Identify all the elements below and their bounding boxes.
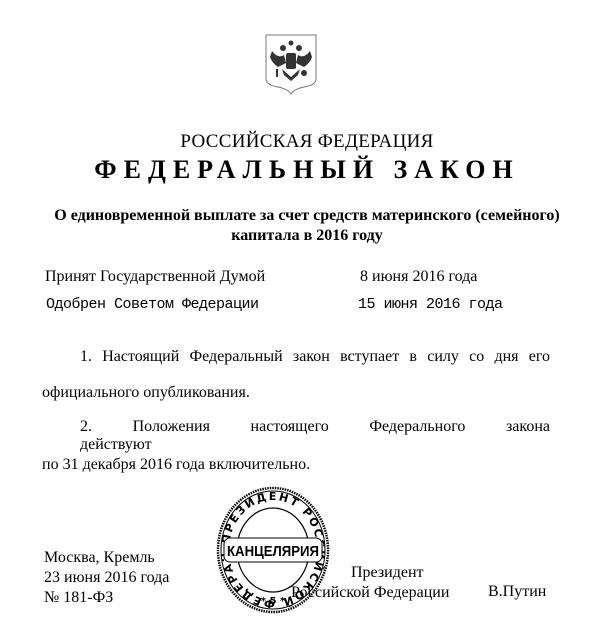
country-heading: РОССИЙСКАЯ ФЕДЕРАЦИЯ bbox=[0, 131, 614, 153]
document-type-title: ФЕДЕРАЛЬНЫЙ ЗАКОН bbox=[0, 155, 614, 185]
signing-place: Москва, Кремль bbox=[44, 548, 169, 568]
adopted-by-duma-label: Принят Государственной Думой bbox=[45, 268, 265, 286]
signing-details: Москва, Кремль 23 июня 2016 года № 181-Ф… bbox=[44, 548, 169, 608]
subject-line-2: капитала в 2016 году bbox=[0, 226, 614, 246]
law-subject: О единовременной выплате за счет средств… bbox=[0, 206, 614, 246]
article-1-line-2: официального опубликования. bbox=[42, 384, 550, 402]
article-2-line-1: 2. Положения настоящего Федерального зак… bbox=[42, 418, 550, 454]
signer-name: В.Путин bbox=[488, 583, 546, 601]
adopted-date: 8 июня 2016 года bbox=[360, 268, 477, 286]
subject-line-1: О единовременной выплате за счет средств… bbox=[0, 206, 614, 226]
approved-by-council-label: Одобрен Советом Федерации bbox=[46, 296, 259, 313]
official-stamp-icon: ПРЕЗИДЕНТ РОССИЙСКОЙ ФЕДЕРАЦИИ КАНЦЕЛЯРИ… bbox=[216, 486, 330, 614]
signing-date: 23 июня 2016 года bbox=[44, 568, 169, 588]
law-number: № 181-ФЗ bbox=[44, 588, 169, 608]
article-2-line-2: по 31 декабря 2016 года включительно. bbox=[42, 456, 550, 474]
article-1-line-1: 1. Настоящий Федеральный закон вступает … bbox=[42, 348, 550, 366]
approved-date: 15 июня 2016 года bbox=[358, 296, 503, 313]
coat-of-arms-icon bbox=[264, 33, 318, 95]
svg-text:КАНЦЕЛЯРИЯ: КАНЦЕЛЯРИЯ bbox=[227, 543, 319, 560]
svg-text:* 5 *: * 5 * bbox=[261, 596, 286, 607]
